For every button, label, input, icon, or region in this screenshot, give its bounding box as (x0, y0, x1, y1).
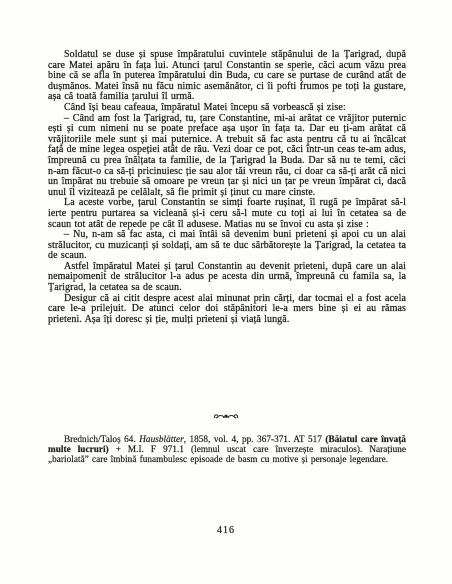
footnote: Brednich/Taloș 64. Hausblätter, 1858, vo… (48, 434, 406, 465)
paragraph-tsar-ashamed: La aceste vorbe, țarul Constantin se sim… (48, 198, 406, 230)
paragraph-dialogue-emperor: – Când am fost la Țarigrad, tu, țare Con… (48, 114, 406, 199)
paragraph-closing: Desigur că ai citit despre acest alai mi… (48, 294, 406, 326)
floral-separator-ornament (0, 412, 452, 421)
paragraph-soldier: Soldatul se duse și spuse împăratului cu… (48, 50, 406, 103)
page-number: 416 (0, 525, 452, 536)
paragraph-coffee: Când își beau cafeaua, împăratul Matei î… (48, 103, 406, 114)
paragraph-dialogue-refusal: – Nu, n-am să fac asta, ci mai întâi să … (48, 230, 406, 262)
story-text-block: Soldatul se duse și spuse împăratului cu… (48, 50, 406, 325)
paragraph-friendship: Astfel împăratul Matei și țarul Constant… (48, 262, 406, 294)
book-page: Soldatul se duse și spuse împăratului cu… (0, 0, 452, 584)
footnote-source-title: Hausblätter (139, 434, 183, 444)
footnote-citation: Brednich/Taloș 64. (64, 434, 139, 444)
footnote-reference: , 1858, vol. 4, pp. 367-371. AT 517 (184, 434, 326, 444)
